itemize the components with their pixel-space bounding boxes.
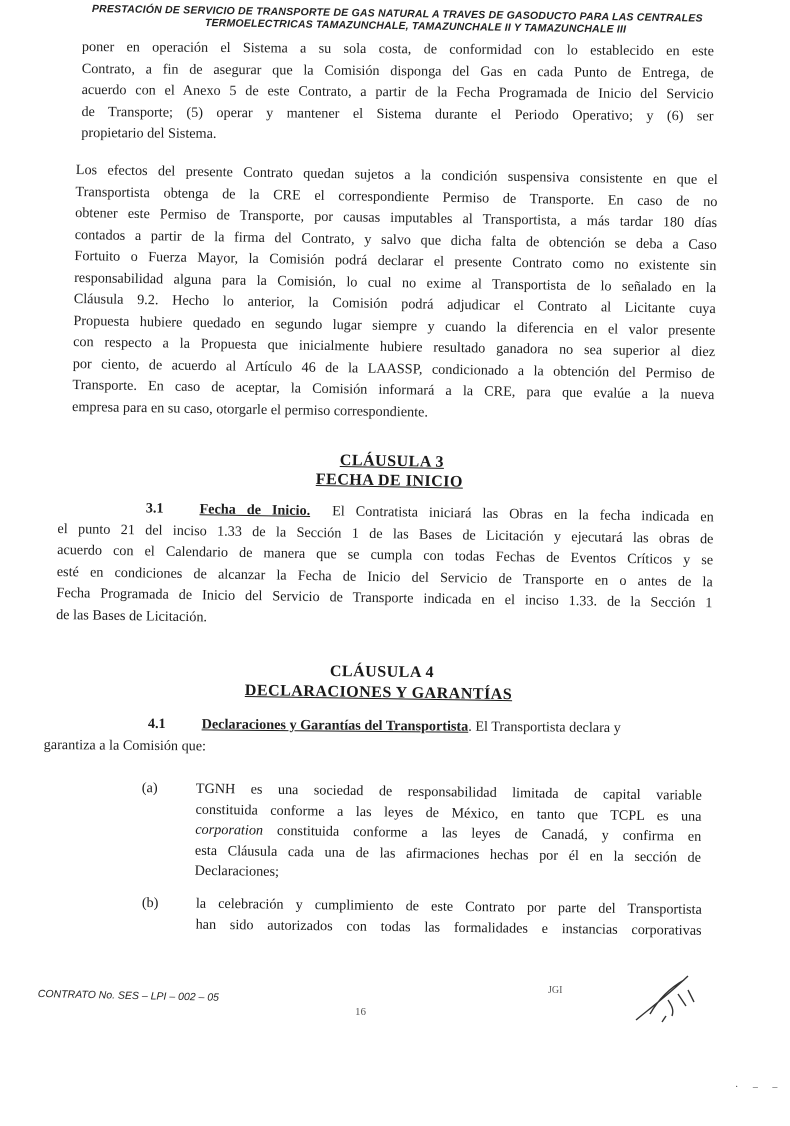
- signature-icon: [628, 970, 708, 1026]
- declaration-item-b: (b) la celebración y cumplimiento de est…: [142, 893, 712, 900]
- scan-marks: · – –: [735, 1082, 783, 1093]
- item-body: TGNH es una sociedad de responsabilidad …: [195, 779, 702, 889]
- clause-4-subtitle: DECLARACIONES Y GARANTÍAS: [245, 682, 513, 704]
- section-number: 3.1: [146, 498, 164, 520]
- clause-4-title: CLÁUSULA 4: [330, 663, 434, 682]
- section-text: El Contratista iniciará las Obras en la …: [332, 503, 714, 525]
- text-line: propietario del Sistema.: [81, 123, 713, 149]
- contract-number: CONTRATO No. SES – LPI – 002 – 05: [38, 988, 219, 1004]
- section-3-1-start-date: 3.1Fecha de Inicio. El Contratista inici…: [56, 497, 714, 636]
- item-label: (a): [142, 778, 158, 799]
- section-text: . El Transportista declara y: [468, 719, 621, 736]
- paragraph-suspensive-condition: Los efectos del presente Contrato quedan…: [72, 160, 718, 428]
- clause-3-title: CLÁUSULA 3: [340, 452, 444, 472]
- section-number: 4.1: [148, 714, 166, 736]
- section-title: Fecha de Inicio.: [199, 501, 310, 519]
- item-label: (b): [142, 893, 159, 914]
- declaration-item-a: (a) TGNH es una sociedad de responsabili…: [142, 778, 712, 786]
- page-number: 16: [355, 1006, 366, 1018]
- item-body: la celebración y cumplimiento de este Co…: [195, 894, 701, 941]
- handwritten-initials: JGI: [548, 985, 562, 996]
- section-4-1-declarations: 4.1Declaraciones y Garantías del Transpo…: [44, 713, 712, 762]
- section-title: Declaraciones y Garantías del Transporti…: [202, 716, 469, 734]
- paragraph-obligations-continued: poner en operación el Sistema a su sola …: [81, 37, 714, 149]
- clause-3-subtitle: FECHA DE INICIO: [316, 471, 463, 492]
